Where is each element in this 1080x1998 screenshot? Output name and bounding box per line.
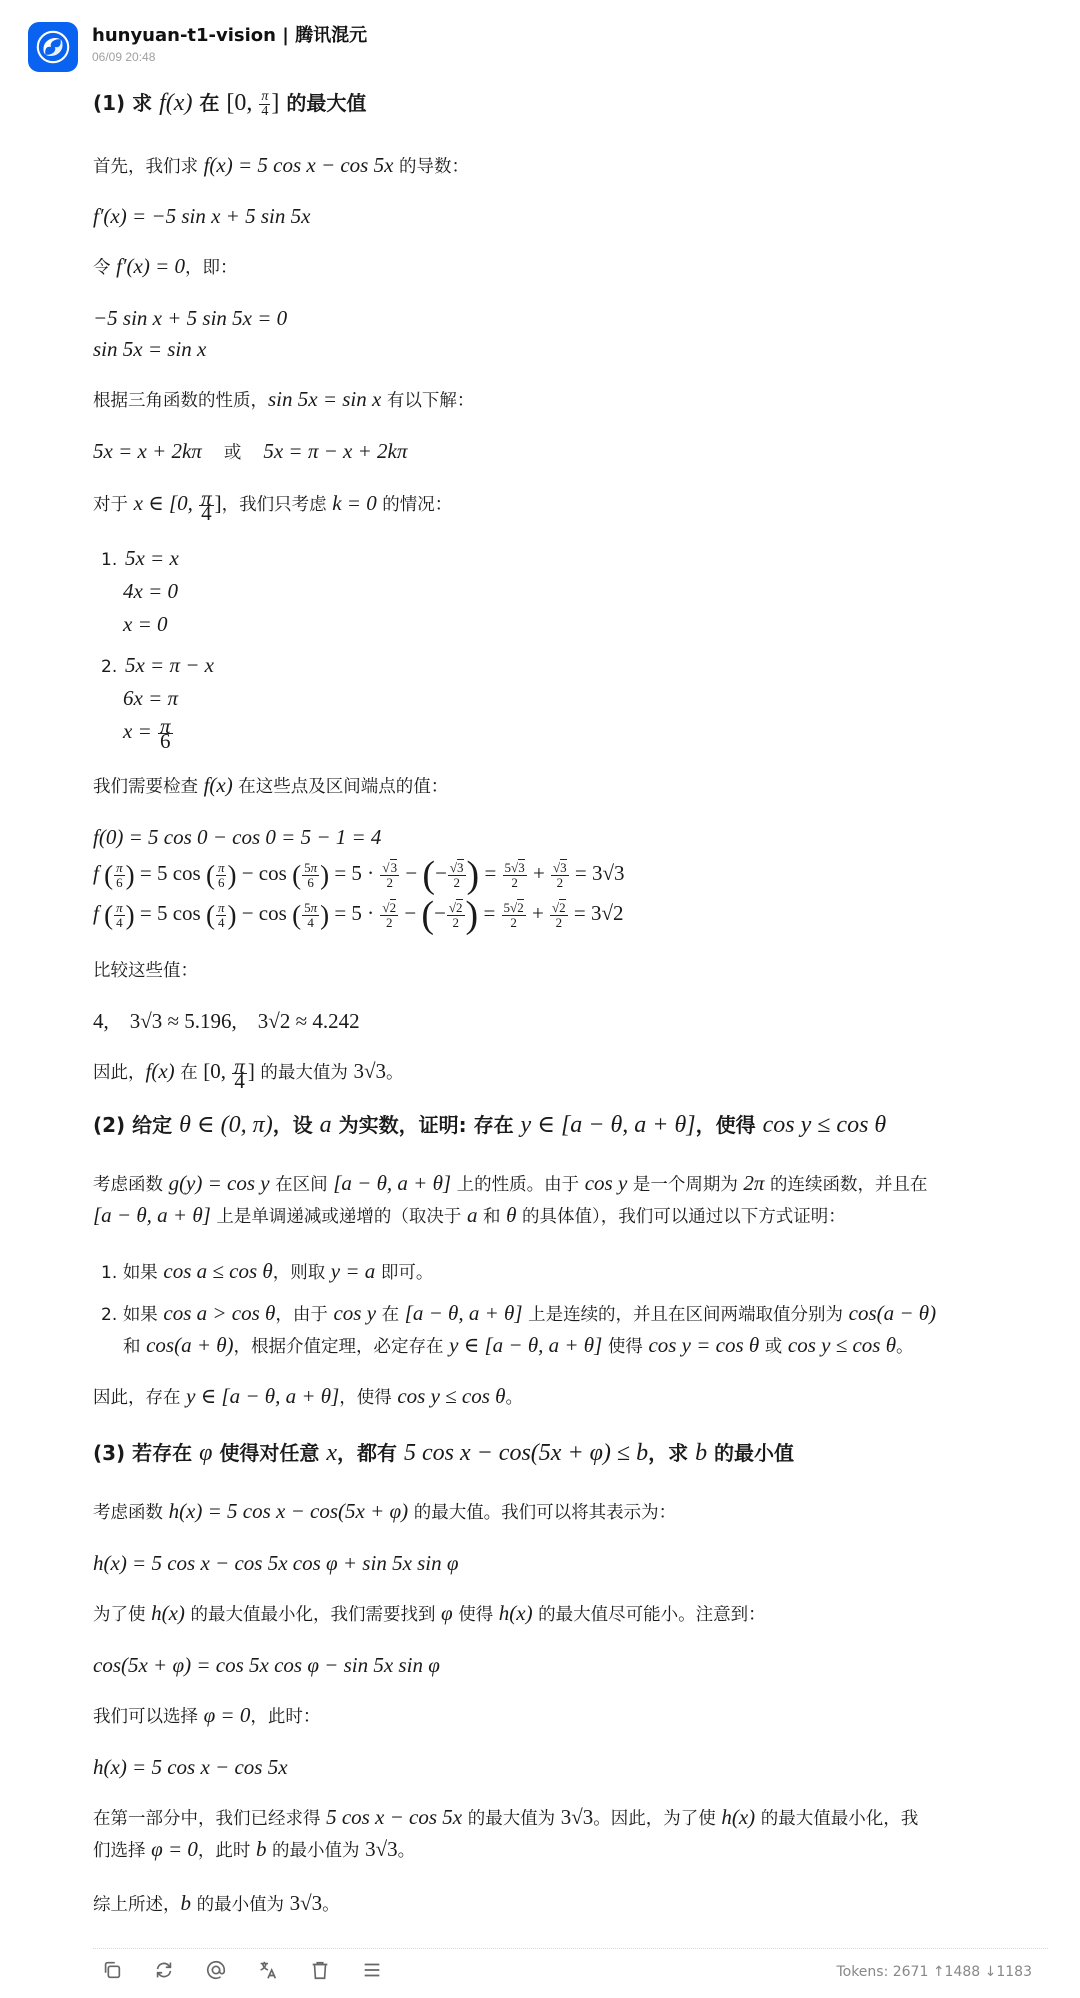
- derivative-intro: 首先，我们求 f(x) = 5 cos x − cos 5x 的导数：: [93, 150, 469, 182]
- h-simplified: h(x) = 5 cos x − cos 5x: [93, 1752, 288, 1782]
- regenerate-icon[interactable]: [152, 1958, 176, 1982]
- part2-item-1: 1. 如果 cos a ≤ cos θ，则取 y = a 即可。: [101, 1256, 433, 1288]
- model-name: hunyuan-t1-vision | 腾讯混元: [92, 24, 367, 48]
- delete-icon[interactable]: [308, 1958, 332, 1982]
- part1-heading: (1) 求 f(x) 在 [0, π4] 的最大值: [93, 88, 366, 119]
- f-at-pi-over-6: f (π6) = 5 cos (π6) − cos (5π6) = 5 · √3…: [93, 858, 625, 890]
- h-expansion: h(x) = 5 cos x − cos 5x cos φ + sin 5x s…: [93, 1548, 459, 1578]
- mention-icon[interactable]: [204, 1958, 228, 1982]
- equation-1: −5 sin x + 5 sin 5x = 0: [93, 303, 287, 333]
- part2-para-line1: 考虑函数 g(y) = cos y 在区间 [a − θ, a + θ] 上的性…: [93, 1168, 928, 1200]
- token-count: Tokens: 2671 ↑1488 ↓1183: [836, 1964, 1032, 1980]
- part3-para-3: 我们可以选择 φ = 0，此时：: [93, 1700, 320, 1732]
- trig-property-text: 根据三角函数的性质，sin 5x = sin x 有以下解：: [93, 384, 474, 416]
- check-values-text: 我们需要检查 f(x) 在这些点及区间端点的值：: [93, 770, 448, 802]
- timestamp: 06/09 20:48: [92, 49, 367, 65]
- equation-2: sin 5x = sin x: [93, 334, 206, 364]
- divider: [93, 1948, 1048, 1949]
- part2-para-line2: [a − θ, a + θ] 上是单调递减或递增的（取决于 a 和 θ 的具体值…: [93, 1200, 846, 1232]
- menu-icon[interactable]: [360, 1958, 384, 1982]
- case-1: 1. 5x = x: [101, 543, 179, 575]
- f-at-zero: f(0) = 5 cos 0 − cos 0 = 5 − 1 = 4: [93, 822, 381, 852]
- part2-item-2-line2: 和 cos(a + θ)，根据介值定理，必定存在 y ∈ [a − θ, a +…: [123, 1330, 914, 1362]
- case-2-line-2: 6x = π: [123, 683, 178, 713]
- general-solutions: 5x = x + 2kπ或5x = π − x + 2kπ: [93, 436, 407, 468]
- part3-para-2: 为了使 h(x) 的最大值最小化，我们需要找到 φ 使得 h(x) 的最大值尽可…: [93, 1598, 766, 1630]
- part3-para-4-line1: 在第一部分中，我们已经求得 5 cos x − cos 5x 的最大值为 3√3…: [93, 1802, 918, 1834]
- copy-icon[interactable]: [100, 1958, 124, 1982]
- compare-label: 比较这些值：: [93, 956, 198, 986]
- cos-identity: cos(5x + φ) = cos 5x cos φ − sin 5x sin …: [93, 1650, 440, 1680]
- case-1-line-3: x = 0: [123, 609, 168, 639]
- compare-values: 4, 3√3 ≈ 5.196, 3√2 ≈ 4.242: [93, 1006, 360, 1036]
- part2-item-2-line1: 2. 如果 cos a > cos θ，由于 cos y 在 [a − θ, a…: [101, 1298, 936, 1330]
- message-toolbar: [100, 1958, 384, 1982]
- k-zero-text: 对于 x ∈ [0, π4]，我们只考虑 k = 0 的情况：: [93, 488, 452, 520]
- f-at-pi-over-4: f (π4) = 5 cos (π4) − cos (5π4) = 5 · √2…: [93, 898, 624, 930]
- part2-conclusion: 因此，存在 y ∈ [a − θ, a + θ]，使得 cos y ≤ cos …: [93, 1381, 523, 1413]
- case-2: 2. 5x = π − x: [101, 650, 214, 682]
- final-answer: 综上所述，b 的最小值为 3√3。: [93, 1888, 340, 1920]
- message-header: hunyuan-t1-vision | 腾讯混元 06/09 20:48: [28, 22, 367, 72]
- part3-para-1: 考虑函数 h(x) = 5 cos x − cos(5x + φ) 的最大值。我…: [93, 1496, 676, 1528]
- translate-icon[interactable]: [256, 1958, 280, 1982]
- part1-conclusion: 因此，f(x) 在 [0, π4] 的最大值为 3√3。: [93, 1056, 404, 1088]
- case-1-line-2: 4x = 0: [123, 576, 178, 606]
- set-zero-text: 令 f′(x) = 0，即：: [93, 251, 237, 283]
- part3-para-4-line2: 们选择 φ = 0，此时 b 的最小值为 3√3。: [93, 1834, 415, 1866]
- avatar: [28, 22, 78, 72]
- derivative-equation: f′(x) = −5 sin x + 5 sin 5x: [93, 201, 310, 231]
- hunyuan-logo-icon: [34, 28, 72, 66]
- part2-heading: (2) 给定 θ ∈ (0, π)，设 a 为实数，证明: 存在 y ∈ [a …: [93, 1110, 886, 1140]
- case-2-line-3: x = π6x = π6: [123, 716, 174, 748]
- part3-heading: (3) 若存在 φ 使得对任意 x，都有 5 cos x − cos(5x + …: [93, 1438, 794, 1468]
